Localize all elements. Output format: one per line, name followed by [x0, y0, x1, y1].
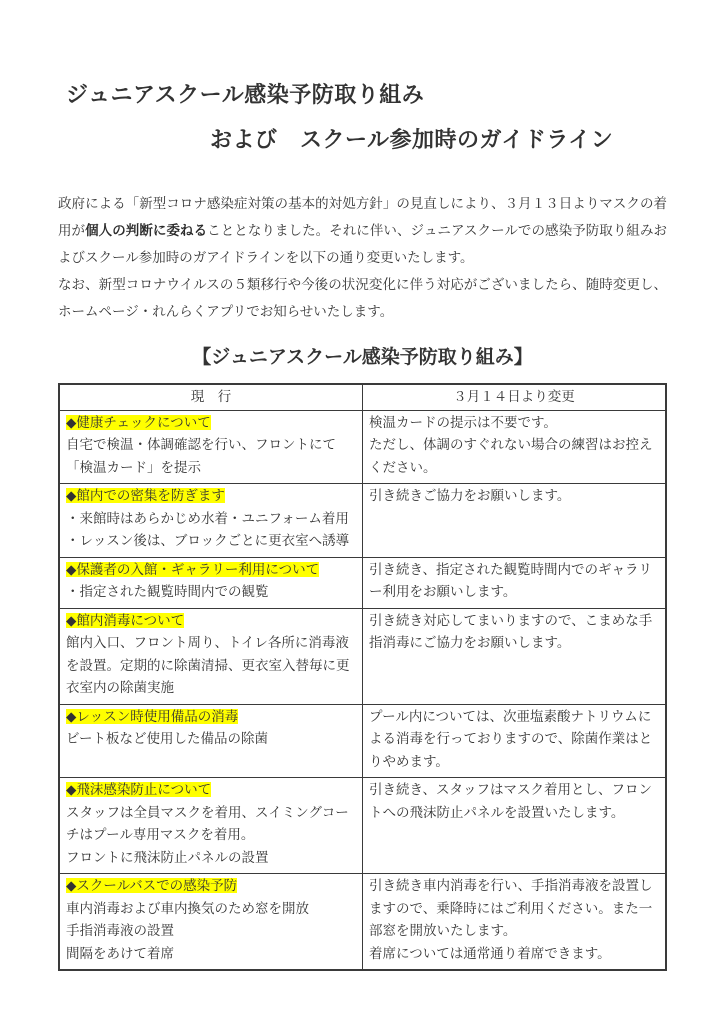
table-row-crowding: ◆館内での密集を防ぎます ・来館時はあらかじめ水着・ユニフォーム着用 ・レッスン…: [59, 484, 666, 558]
current-cell: ◆館内での密集を防ぎます ・来館時はあらかじめ水着・ユニフォーム着用 ・レッスン…: [59, 484, 363, 558]
current-text: ・来館時はあらかじめ水着・ユニフォーム着用 ・レッスン後は、ブロックごとに更衣室…: [66, 508, 356, 553]
table-row-school-bus: ◆スクールバスでの感染予防 車内消毒および車内換気のため窓を開放 手指消毒液の設…: [59, 874, 666, 971]
row-heading-highlight: ◆健康チェックについて: [66, 415, 211, 430]
row-heading-highlight: ◆レッスン時使用備品の消毒: [66, 709, 238, 724]
doc-title-line2: および スクール参加時のガイドライン: [210, 128, 667, 152]
col-header-current: 現 行: [59, 384, 363, 410]
current-cell: ◆スクールバスでの感染予防 車内消毒および車内換気のため窓を開放 手指消毒液の設…: [59, 874, 363, 971]
row-heading-highlight: ◆館内での密集を防ぎます: [66, 488, 225, 503]
intro-text-block: 政府による「新型コロナ感染症対策の基本的対処方針」の見直しにより、３月１３日より…: [58, 190, 667, 325]
section-title: 【ジュニアスクール感染予防取り組み】: [58, 347, 667, 369]
document-page: ジュニアスクール感染予防取り組み および スクール参加時のガイドライン 政府によ…: [0, 0, 724, 1024]
current-cell: ◆健康チェックについて 自宅で検温・体調確認を行い、フロントにて「検温カード」を…: [59, 410, 363, 484]
table-row-equipment: ◆レッスン時使用備品の消毒 ビート板など使用した備品の除菌 プール内については、…: [59, 704, 666, 778]
intro-p1-bold-phrase: 個人の判断に委ねる: [85, 223, 207, 238]
row-heading-highlight: ◆スクールバスでの感染予防: [66, 878, 237, 893]
measures-table: 現 行 ３月１４日より変更 ◆健康チェックについて 自宅で検温・体調確認を行い、…: [58, 383, 667, 971]
current-cell: ◆飛沫感染防止について スタッフは全員マスクを着用、スイミングコーチはプール専用…: [59, 778, 363, 874]
changed-text: 引き続き対応してまいりますので、こまめな手指消毒にご協力をお願いします。: [369, 610, 659, 655]
changed-cell: 引き続きご協力をお願いします。: [363, 484, 667, 558]
changed-text: 引き続き、指定された観覧時間内でのギャラリー利用をお願いします。: [369, 559, 659, 604]
row-heading-highlight: ◆飛沫感染防止について: [66, 782, 211, 797]
current-cell: ◆館内消毒について 館内入口、フロント周り、トイレ各所に消毒液を設置。定期的に除…: [59, 608, 363, 704]
intro-paragraph-1: 政府による「新型コロナ感染症対策の基本的対処方針」の見直しにより、３月１３日より…: [58, 190, 667, 271]
changed-cell: 検温カードの提示は不要です。 ただし、体調のすぐれない場合の練習はお控えください…: [363, 410, 667, 484]
current-text: 館内入口、フロント周り、トイレ各所に消毒液を設置。定期的に除菌清掃、更衣室入替毎…: [66, 632, 356, 700]
changed-text: 検温カードの提示は不要です。 ただし、体調のすぐれない場合の練習はお控えください…: [369, 412, 659, 480]
doc-title-line1: ジュニアスクール感染予防取り組み: [66, 83, 667, 107]
changed-cell: 引き続き、指定された観覧時間内でのギャラリー利用をお願いします。: [363, 557, 667, 608]
changed-cell: 引き続き対応してまいりますので、こまめな手指消毒にご協力をお願いします。: [363, 608, 667, 704]
changed-text: プール内については、次亜塩素酸ナトリウムによる消毒を行っておりますので、除菌作業…: [369, 706, 659, 774]
table-header-row: 現 行 ３月１４日より変更: [59, 384, 666, 410]
row-heading-highlight: ◆保護者の入館・ギャラリー利用について: [66, 562, 319, 577]
table-row-gallery: ◆保護者の入館・ギャラリー利用について ・指定された観覧時間内での観覧 引き続き…: [59, 557, 666, 608]
row-heading-highlight: ◆館内消毒について: [66, 613, 184, 628]
current-text: 自宅で検温・体調確認を行い、フロントにて「検温カード」を提示: [66, 434, 356, 479]
table-row-disinfection: ◆館内消毒について 館内入口、フロント周り、トイレ各所に消毒液を設置。定期的に除…: [59, 608, 666, 704]
current-cell: ◆保護者の入館・ギャラリー利用について ・指定された観覧時間内での観覧: [59, 557, 363, 608]
changed-cell: 引き続き、スタッフはマスク着用とし、フロントへの飛沫防止パネルを設置いたします。: [363, 778, 667, 874]
changed-text: 引き続き車内消毒を行い、手指消毒液を設置しますので、乗降時にはご利用ください。ま…: [369, 875, 659, 965]
current-text: ・指定された観覧時間内での観覧: [66, 581, 356, 604]
col-header-changed: ３月１４日より変更: [363, 384, 667, 410]
changed-cell: 引き続き車内消毒を行い、手指消毒液を設置しますので、乗降時にはご利用ください。ま…: [363, 874, 667, 971]
changed-text: 引き続き、スタッフはマスク着用とし、フロントへの飛沫防止パネルを設置いたします。: [369, 779, 659, 824]
table-row-droplet: ◆飛沫感染防止について スタッフは全員マスクを着用、スイミングコーチはプール専用…: [59, 778, 666, 874]
changed-cell: プール内については、次亜塩素酸ナトリウムによる消毒を行っておりますので、除菌作業…: [363, 704, 667, 778]
current-cell: ◆レッスン時使用備品の消毒 ビート板など使用した備品の除菌: [59, 704, 363, 778]
table-row-health-check: ◆健康チェックについて 自宅で検温・体調確認を行い、フロントにて「検温カード」を…: [59, 410, 666, 484]
current-text: ビート板など使用した備品の除菌: [66, 728, 356, 751]
intro-paragraph-2: なお、新型コロナウイルスの５類移行や今後の状況変化に伴う対応がございましたら、随…: [58, 271, 667, 325]
current-text: スタッフは全員マスクを着用、スイミングコーチはプール専用マスクを着用。 フロント…: [66, 802, 356, 870]
table-body: ◆健康チェックについて 自宅で検温・体調確認を行い、フロントにて「検温カード」を…: [59, 410, 666, 970]
changed-text: 引き続きご協力をお願いします。: [369, 485, 659, 508]
current-text: 車内消毒および車内換気のため窓を開放 手指消毒液の設置 間隔をあけて着席: [66, 898, 356, 966]
